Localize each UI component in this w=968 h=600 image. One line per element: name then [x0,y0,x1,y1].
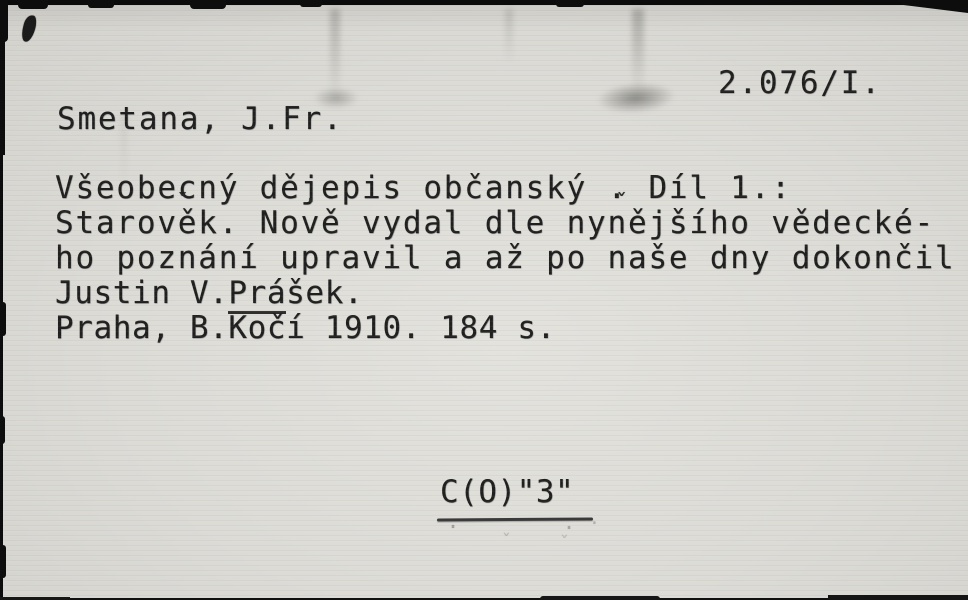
title-line-3: ho poznání upravil a až po naše dny doko… [55,241,955,276]
stray-caron-mark: ˇ [615,193,628,215]
scan-edge-nub [300,0,322,7]
responsibility-post: šek. [286,275,363,311]
scan-edge-nub [18,0,48,9]
scan-edge-nub [88,0,114,8]
imprint-line: Praha, B.Kočí 1910. 184 s. [55,311,556,346]
responsibility-line: Justin V.Prášek. [55,276,363,311]
author-heading: Smetana, J.Fr. [57,102,344,137]
stray-caron-mark: ˇ [176,193,189,215]
scan-edge-nub [556,0,584,7]
scan-edge-nub [0,40,5,155]
scan-edge-nub [0,416,5,444]
scan-edge-nub [190,0,226,9]
smudge-streak [505,9,513,64]
scan-edge-nub [0,0,8,42]
responsibility-underlined: Prá [228,275,286,314]
scan-edge-nub [540,596,660,600]
title-line-1: Všeobecný dějepis občanský . Díl 1.: [55,171,792,206]
smudge-stain [596,80,676,115]
faint-pencil-mark: ˇ [501,533,512,551]
faint-pencil-mark: . [563,512,575,532]
responsibility-pre: Justin V. [55,275,228,311]
scan-edge-top [0,0,968,5]
faint-pencil-mark: . [589,510,600,528]
scan-edge-nub [0,302,6,336]
faint-pencil-mark: . [447,511,459,531]
scan-edge-nub [828,595,968,600]
faint-pencil-mark: ˇ [559,535,570,553]
classification-code: C(O)"3" [440,475,574,510]
scan-edge-nub [0,545,6,578]
call-number: 2.076/I. [718,66,882,101]
catalog-card: 2.076/I. Smetana, J.Fr. Všeobecný dějepi… [3,5,968,598]
stray-dot-mark: . [303,181,319,207]
